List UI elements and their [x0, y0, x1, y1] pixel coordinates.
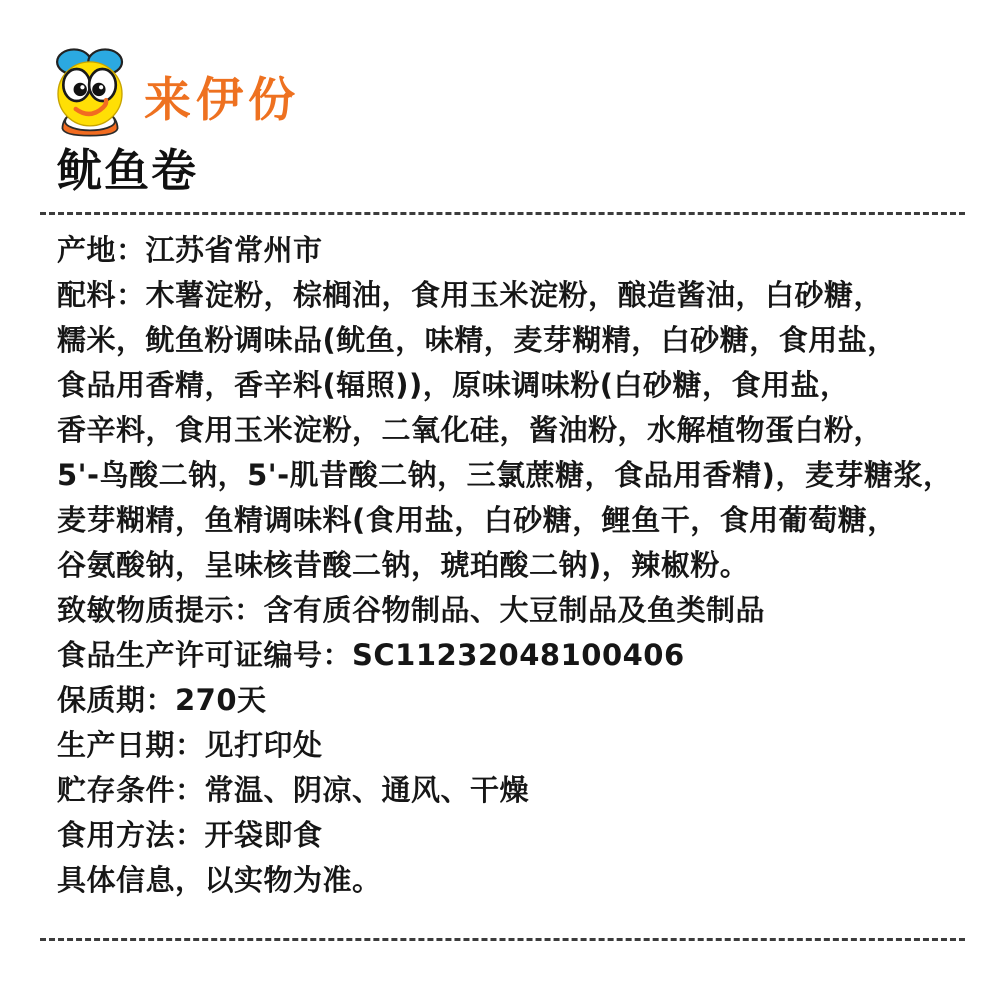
top-dashed-divider [40, 212, 965, 215]
info-line-storage-conditions: 贮存条件：常温、阴凉、通风、干燥 [57, 768, 987, 813]
product-title: 鱿鱼卷 [57, 134, 198, 199]
info-line-ingredients-7: 谷氨酸钠，呈味核昔酸二钠，琥珀酸二钠)，辣椒粉。 [57, 543, 987, 588]
laiyifen-mascot-icon [50, 46, 130, 140]
product-info-page: 来伊份 鱿鱼卷 产地：江苏省常州市 配料：木薯淀粉，棕榈油，食用玉米淀粉，酿造酱… [0, 0, 1000, 1000]
product-info-block: 产地：江苏省常州市 配料：木薯淀粉，棕榈油，食用玉米淀粉，酿造酱油，白砂糖， 糯… [57, 228, 987, 903]
info-line-allergen-notice: 致敏物质提示：含有质谷物制品、大豆制品及鱼类制品 [57, 588, 987, 633]
brand-header: 来伊份 [50, 46, 300, 140]
brand-wordmark: 来伊份 [144, 63, 300, 124]
info-line-ingredients-1: 配料：木薯淀粉，棕榈油，食用玉米淀粉，酿造酱油，白砂糖， [57, 273, 987, 318]
info-line-license-number: 食品生产许可证编号：SC11232048100406 [57, 633, 987, 678]
info-line-ingredients-3: 食品用香精，香辛料(辐照))，原味调味粉(白砂糖，食用盐， [57, 363, 987, 408]
info-line-usage-method: 食用方法：开袋即食 [57, 813, 987, 858]
info-line-origin: 产地：江苏省常州市 [57, 228, 987, 273]
info-line-shelf-life: 保质期：270天 [57, 678, 987, 723]
info-line-ingredients-6: 麦芽糊精，鱼精调味料(食用盐，白砂糖，鲤鱼干，食用葡萄糖， [57, 498, 987, 543]
info-line-ingredients-5: 5'-鸟酸二钠，5'-肌昔酸二钠，三氯蔗糖，食品用香精)，麦芽糖浆， [57, 453, 987, 498]
info-line-production-date: 生产日期：见打印处 [57, 723, 987, 768]
info-line-disclaimer: 具体信息，以实物为准。 [57, 858, 987, 903]
info-line-ingredients-2: 糯米，鱿鱼粉调味品(鱿鱼，味精，麦芽糊精，白砂糖，食用盐， [57, 318, 987, 363]
info-line-ingredients-4: 香辛料，食用玉米淀粉，二氧化硅，酱油粉，水解植物蛋白粉， [57, 408, 987, 453]
bottom-dashed-divider [40, 938, 965, 941]
